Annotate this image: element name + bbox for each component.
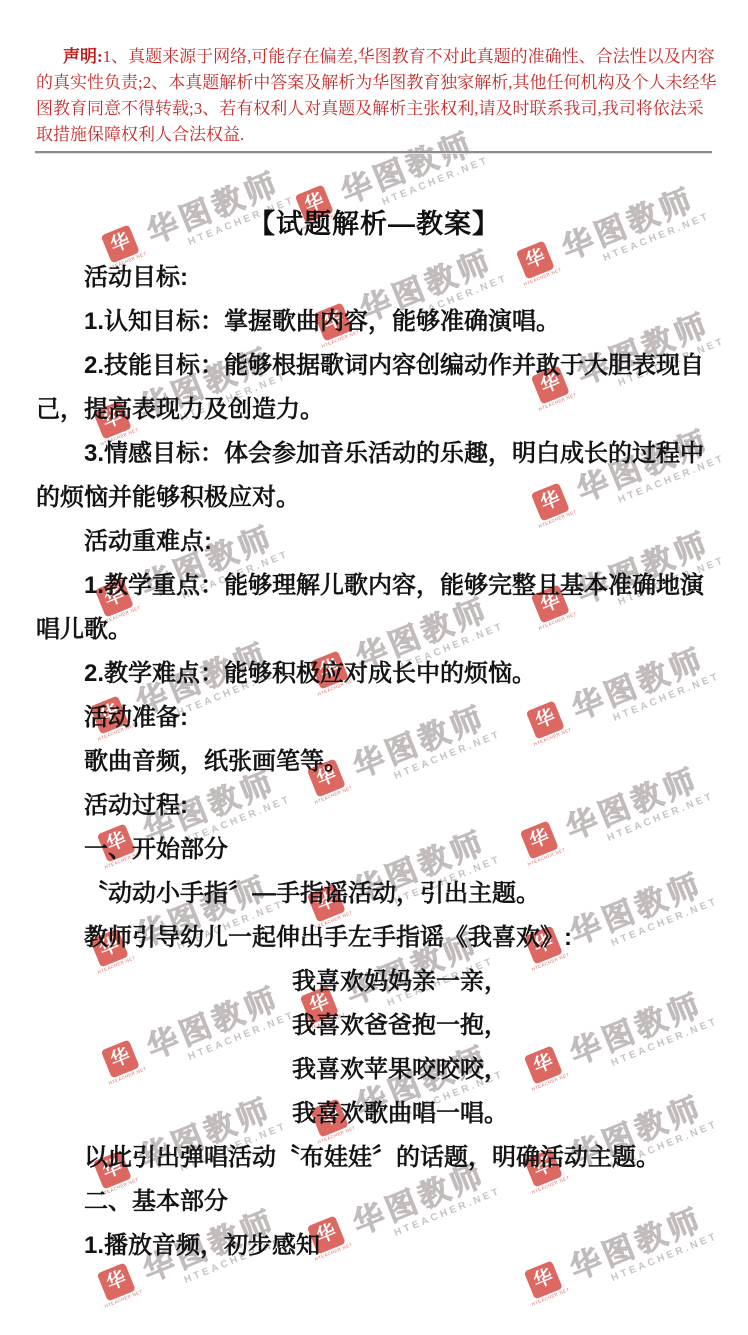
page-title: 【试题解析—教案】 (0, 206, 748, 242)
body-line: 3.情感目标：体会参加音乐活动的乐趣，明白成长的过程中 (36, 432, 712, 476)
body-line: 教师引导幼儿一起伸出手左手指谣《我喜欢》: (36, 916, 712, 960)
disclaimer-text: 声明:1、真题来源于网络,可能存在偏差,华图教育不对此真题的准确性、合法性以及内… (36, 44, 712, 148)
disclaimer-line-text: 1、真题来源于网络,可能存在偏差,华图教育不对此真题的准确性、合法性以及内容 (103, 47, 715, 66)
disclaimer-line: 取措施保障权利人合法权益. (36, 122, 712, 148)
document-page: 华HTEACHER.NET华图教师HTEACHER.NET华HTEACHER.N… (0, 0, 748, 1335)
body-line: 2.教学难点：能够积极应对成长中的烦恼。 (36, 652, 712, 696)
disclaimer-line: 声明:1、真题来源于网络,可能存在偏差,华图教育不对此真题的准确性、合法性以及内… (36, 44, 712, 70)
body-line: 活动目标: (36, 256, 712, 300)
body-line: 以此引出弹唱活动〝布娃娃〞的话题，明确活动主题。 (36, 1136, 712, 1180)
body-line: 2.技能目标：能够根据歌词内容创编动作并敢于大胆表现自 (36, 344, 712, 388)
body-line: 1.播放音频，初步感知 (36, 1224, 712, 1268)
body-line: 二、基本部分 (36, 1180, 712, 1224)
body-line: 的烦恼并能够积极应对。 (36, 476, 712, 520)
body-line: 活动重难点: (36, 520, 712, 564)
body-line: 我喜欢妈妈亲一亲， (36, 960, 712, 1004)
body-line: 1.认知目标：掌握歌曲内容，能够准确演唱。 (36, 300, 712, 344)
horizontal-rule (35, 151, 712, 154)
body-line: 歌曲音频，纸张画笔等。 (36, 740, 712, 784)
body-line: 唱儿歌。 (36, 608, 712, 652)
body-line: 活动准备: (36, 696, 712, 740)
body-line: 我喜欢歌曲唱一唱。 (36, 1092, 712, 1136)
body-line: 〝动动小手指〞—手指谣活动，引出主题。 (36, 872, 712, 916)
body-line: 活动过程: (36, 784, 712, 828)
disclaimer-label: 声明: (63, 47, 103, 66)
disclaimer-line: 图教育同意不得转载;3、若有权利人对真题及解析主张权利,请及时联系我司,我司将依… (36, 96, 712, 122)
body-line: 1.教学重点：能够理解儿歌内容，能够完整且基本准确地演 (36, 564, 712, 608)
body-text: 活动目标:1.认知目标：掌握歌曲内容，能够准确演唱。2.技能目标：能够根据歌词内… (36, 256, 712, 1268)
body-line: 我喜欢爸爸抱一抱， (36, 1004, 712, 1048)
body-line: 我喜欢苹果咬咬咬， (36, 1048, 712, 1092)
document-content: 声明:1、真题来源于网络,可能存在偏差,华图教育不对此真题的准确性、合法性以及内… (0, 0, 748, 1335)
disclaimer-line: 的真实性负责;2、本真题解析中答案及解析为华图教育独家解析,其他任何机构及个人未… (36, 70, 712, 96)
body-line: 一、开始部分 (36, 828, 712, 872)
body-line: 己，提高表现力及创造力。 (36, 388, 712, 432)
